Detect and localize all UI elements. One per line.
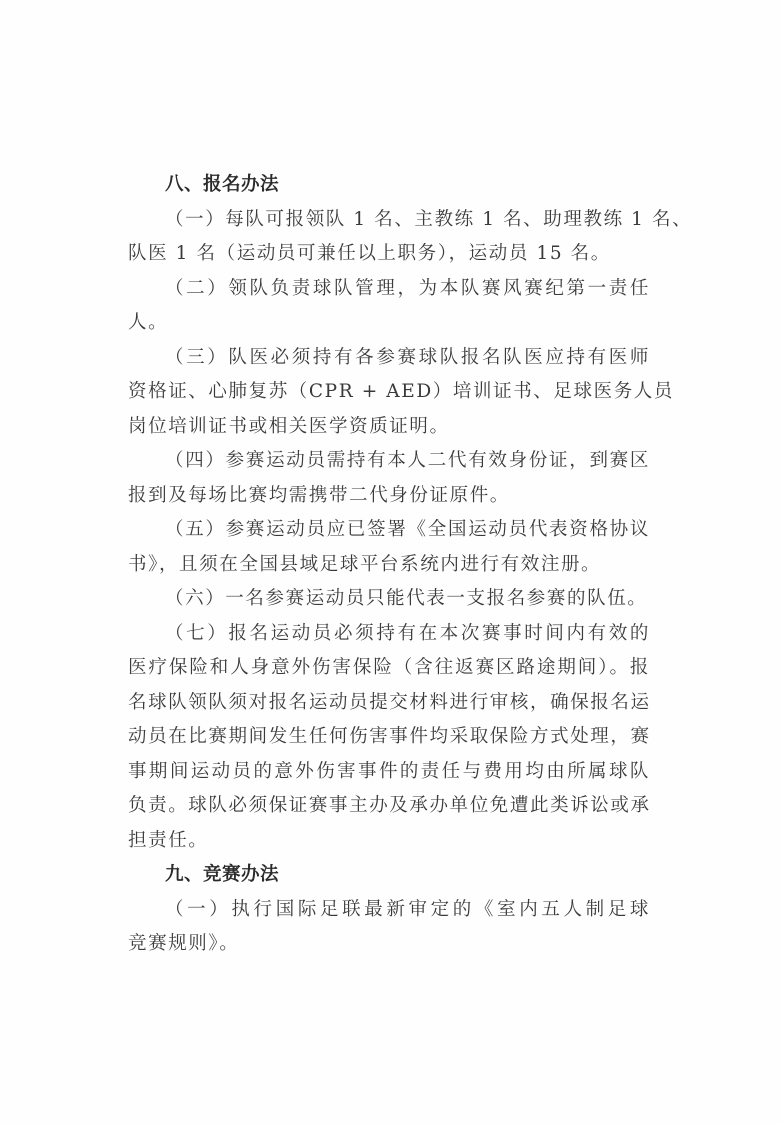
paragraph-line: 负责。球队必须保证赛事主办及承办单位免遭此类诉讼或承 <box>128 789 650 824</box>
section-heading-registration: 八、报名办法 <box>128 168 650 203</box>
paragraph-line: （五）参赛运动员应已签署《全国运动员代表资格协议 <box>128 513 650 548</box>
paragraph-line: 担责任。 <box>128 824 650 859</box>
paragraph-line: 医疗保险和人身意外伤害保险（含往返赛区路途期间）。报 <box>128 651 650 686</box>
paragraph-line: （六）一名参赛运动员只能代表一支报名参赛的队伍。 <box>128 582 650 617</box>
paragraph-line: （二）领队负责球队管理，为本队赛风赛纪第一责任 <box>128 272 650 307</box>
paragraph-line: （四）参赛运动员需持有本人二代有效身份证，到赛区 <box>128 444 650 479</box>
paragraph-line: （七）报名运动员必须持有在本次赛事时间内有效的 <box>128 617 650 652</box>
paragraph-line: 资格证、心肺复苏（CPR + AED）培训证书、足球医务人员 <box>128 375 650 410</box>
paragraph-line: 岗位培训证书或相关医学资质证明。 <box>128 410 650 445</box>
paragraph-line: （三）队医必须持有各参赛球队报名队医应持有医师 <box>128 341 650 376</box>
paragraph-line: 事期间运动员的意外伤害事件的责任与费用均由所属球队 <box>128 755 650 790</box>
paragraph-line: 书》，且须在全国县域足球平台系统内进行有效注册。 <box>128 548 650 583</box>
paragraph-line: 报到及每场比赛均需携带二代身份证原件。 <box>128 479 650 514</box>
paragraph-line: （一）每队可报领队 1 名、主教练 1 名、助理教练 1 名、 <box>128 203 650 238</box>
paragraph-line: 队医 1 名（运动员可兼任以上职务），运动员 15 名。 <box>128 237 650 272</box>
section-heading-competition: 九、竞赛办法 <box>128 858 650 893</box>
paragraph-line: （一）执行国际足联最新审定的《室内五人制足球 <box>128 893 650 928</box>
paragraph-line: 竞赛规则》。 <box>128 927 650 962</box>
document-page: 八、报名办法 （一）每队可报领队 1 名、主教练 1 名、助理教练 1 名、 队… <box>128 168 650 962</box>
paragraph-line: 人。 <box>128 306 650 341</box>
paragraph-line: 名球队领队须对报名运动员提交材料进行审核，确保报名运 <box>128 686 650 721</box>
paragraph-line: 动员在比赛期间发生任何伤害事件均采取保险方式处理，赛 <box>128 720 650 755</box>
